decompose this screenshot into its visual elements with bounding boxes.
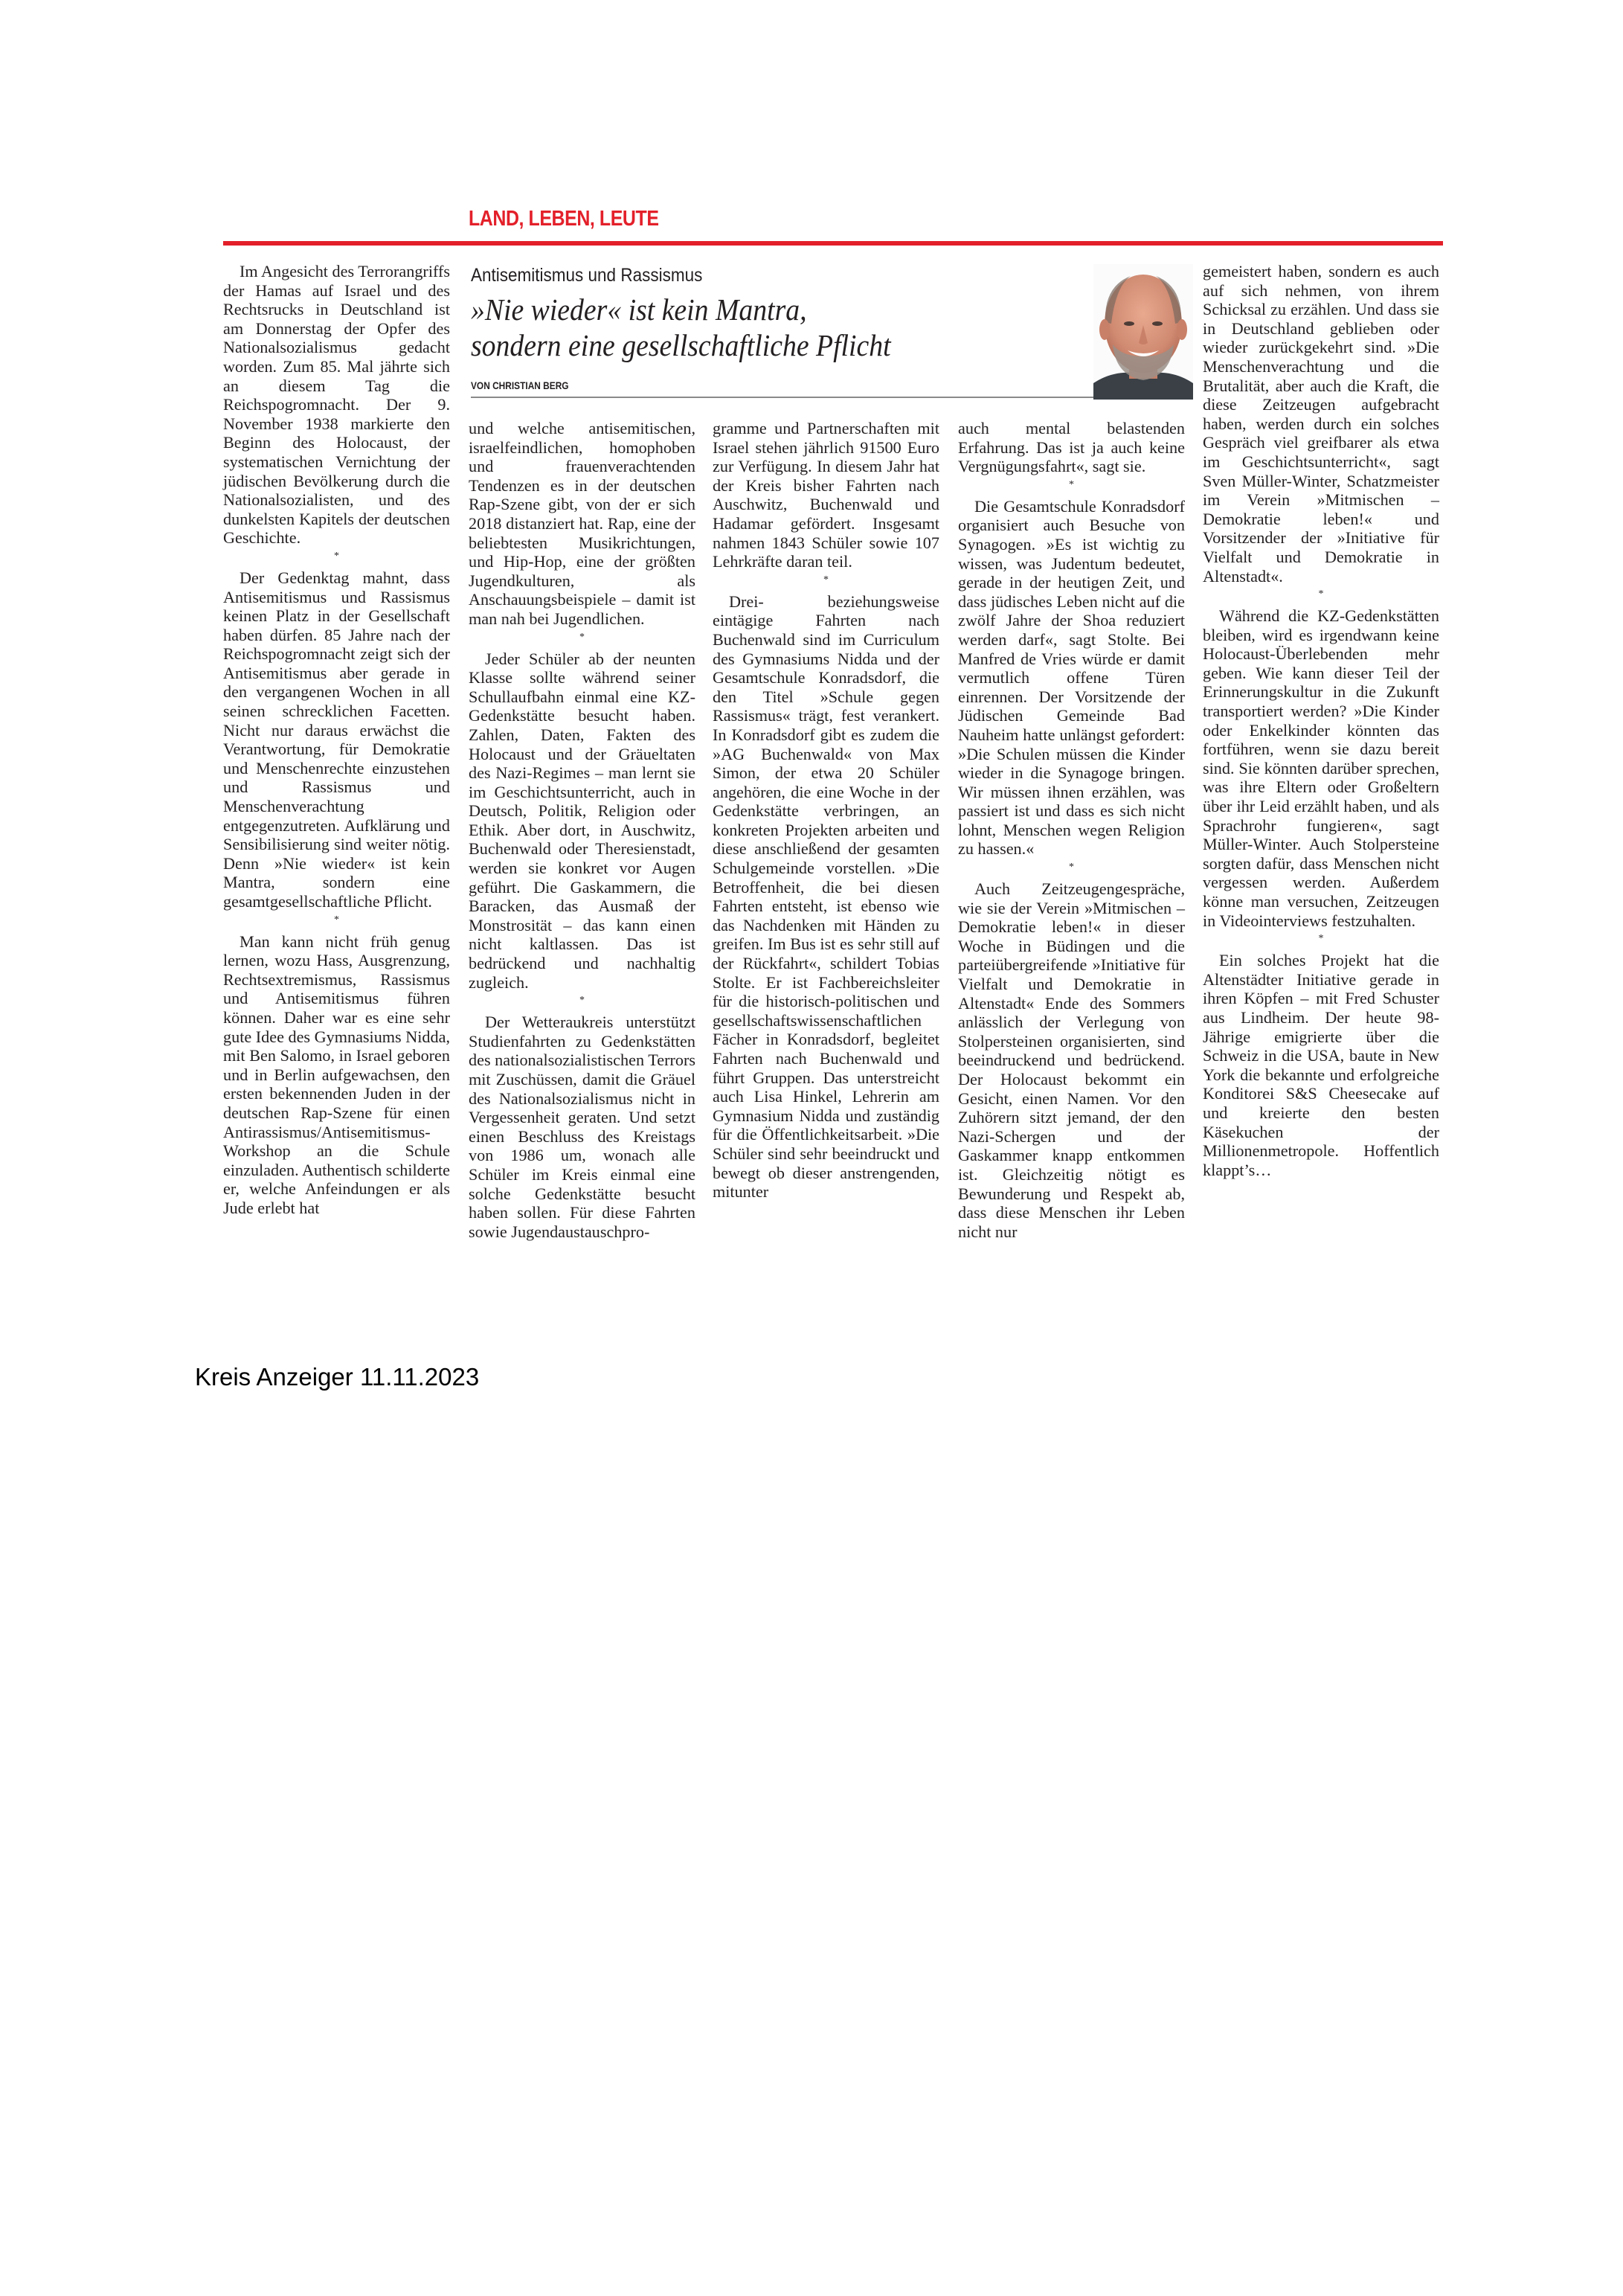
paragraph: Der Wetteraukreis unterstützt Studienfah… [469,1013,695,1241]
byline-divider-rule [471,397,1099,398]
paragraph: auch mental belastenden Erfahrung. Das i… [958,419,1185,476]
paragraph-separator: * [958,478,1185,493]
article-column-5: gemeistert haben, sondern es auch auf si… [1203,262,1439,1179]
article-column-1: Im Angesicht des Terrorangriffs der Hama… [223,262,450,1218]
paragraph: Die Gesamtschule Konradsdorf organisiert… [958,497,1185,859]
paragraph-separator: * [958,860,1185,875]
author-portrait-icon [1093,264,1193,400]
article-column-4: auch mental belastenden Erfahrung. Das i… [958,419,1185,1241]
paragraph-separator: * [1203,931,1439,946]
article-byline: VON CHRISTIAN BERG [471,379,569,391]
paragraph-separator: * [713,573,939,588]
article-kicker: Antisemitismus und Rassismus [471,265,702,286]
paragraph-separator: * [223,549,450,564]
article-headline: »Nie wieder« ist kein Mantra, sondern ei… [471,292,891,363]
paragraph: Man kann nicht früh genug lernen, wozu H… [223,932,450,1218]
article-column-3: gramme und Partnerschaften mit Israel st… [713,419,939,1202]
paragraph: gramme und Partnerschaften mit Israel st… [713,419,939,571]
paragraph-separator: * [469,993,695,1008]
headline-line-1: »Nie wieder« ist kein Mantra, [471,292,891,327]
headline-line-2: sondern eine gesellschaftliche Pflicht [471,327,891,363]
section-title: LAND, LEBEN, LEUTE [469,207,659,231]
paragraph: Im Angesicht des Terrorangriffs der Hama… [223,262,450,548]
article-column-2: und welche antisemitischen, israelfeindl… [469,419,695,1241]
paragraph: Während die KZ-Gedenkstätten bleiben, wi… [1203,606,1439,930]
paragraph-separator: * [223,913,450,928]
paragraph: gemeistert haben, sondern es auch auf si… [1203,262,1439,586]
author-photo [1093,264,1193,400]
source-caption: Kreis Anzeiger 11.11.2023 [195,1363,479,1391]
paragraph: Ein solches Projekt hat die Altenstädter… [1203,951,1439,1179]
newspaper-clipping-page: LAND, LEBEN, LEUTE Im Angesicht des Terr… [0,0,1623,2296]
paragraph-separator: * [469,630,695,645]
paragraph: und welche antisemitischen, israelfeindl… [469,419,695,629]
paragraph: Jeder Schüler ab der neunten Klasse soll… [469,650,695,993]
paragraph: Der Gedenktag mahnt, dass Antisemitismus… [223,568,450,911]
section-divider-rule [223,241,1443,246]
paragraph: Drei- beziehungsweise eintägige Fahrten … [713,592,939,1202]
paragraph: Auch Zeitzeugengespräche, wie sie der Ve… [958,879,1185,1241]
paragraph-separator: * [1203,587,1439,602]
